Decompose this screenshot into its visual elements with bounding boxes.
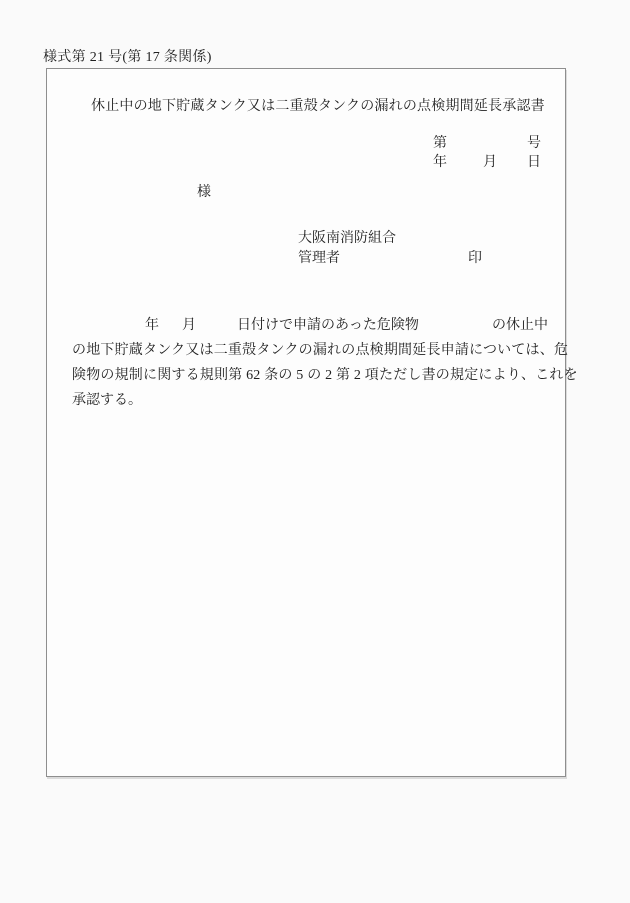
doc-number-suffix: 号	[527, 132, 541, 152]
body-line3: 険物の規制に関する規則第 62 条の 5 の 2 第 2 項ただし書の規定により…	[72, 364, 578, 384]
body-line1-text: 日付けで申請のあった危険物	[237, 314, 419, 334]
body-date-month-label: 月	[182, 314, 196, 334]
seal-placeholder: 印	[468, 247, 482, 267]
addressee-honorific: 様	[197, 181, 211, 201]
document-title: 休止中の地下貯蔵タンク又は二重殻タンクの漏れの点検期間延長承認書	[91, 95, 545, 115]
body-line4: 承認する。	[72, 389, 142, 409]
issuer-organization: 大阪南消防組合	[298, 227, 396, 247]
doc-number-prefix: 第	[433, 132, 447, 152]
date-day-label: 日	[527, 151, 541, 171]
body-line1-tail: の休止中	[492, 314, 548, 334]
date-year-label: 年	[433, 151, 447, 171]
body-line2: の地下貯蔵タンク又は二重殻タンクの漏れの点検期間延長申請については、危	[72, 339, 568, 359]
document-page: 様式第 21 号(第 17 条関係) 休止中の地下貯蔵タンク又は二重殻タンクの漏…	[0, 0, 630, 903]
date-month-label: 月	[483, 151, 497, 171]
form-number-label: 様式第 21 号(第 17 条関係)	[43, 46, 212, 66]
issuer-role: 管理者	[298, 247, 340, 267]
body-date-year-label: 年	[145, 314, 159, 334]
document-border-box: 休止中の地下貯蔵タンク又は二重殻タンクの漏れの点検期間延長承認書 第 号 年 月…	[46, 68, 566, 777]
